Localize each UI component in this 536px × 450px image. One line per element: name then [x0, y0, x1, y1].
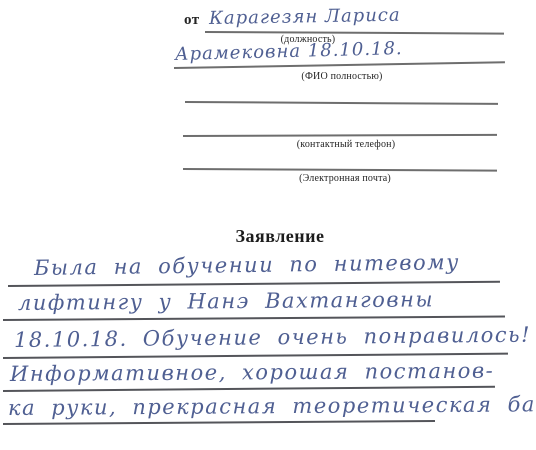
handwritten-body-line: 18.10.18. Обучение очень понравилось! — [14, 323, 531, 352]
body-underline — [8, 281, 500, 287]
body-underline — [3, 386, 495, 392]
handwritten-position-value: Карагезян Лариса — [209, 5, 401, 29]
handwritten-body-line: ка руки, прекрасная теоретическая база. — [8, 392, 536, 420]
from-label: от — [184, 12, 200, 29]
document-title: Заявление — [24, 226, 536, 247]
field-label-fullname: (ФИО полностью) — [262, 71, 422, 82]
handwritten-body-line: Была на обучении по нитевому — [34, 250, 460, 280]
field-underline-phone — [183, 134, 497, 137]
handwritten-body-line: Информативное, хорошая постанов- — [10, 359, 494, 386]
handwritten-fullname-value: Арамековна 18.10.18. — [175, 38, 403, 65]
body-underline — [3, 420, 435, 425]
body-underline — [3, 315, 505, 321]
field-label-email: (Электронная почта) — [265, 173, 425, 184]
scanned-application-document: от Карагезян Лариса (должность) Арамеков… — [0, 0, 536, 450]
handwritten-body-line: лифтингу у Нанэ Вахтанговны — [18, 287, 434, 315]
field-label-phone: (контактный телефон) — [266, 139, 426, 150]
body-underline — [3, 353, 508, 359]
field-underline-email — [183, 168, 497, 172]
field-underline-blank — [185, 101, 498, 105]
